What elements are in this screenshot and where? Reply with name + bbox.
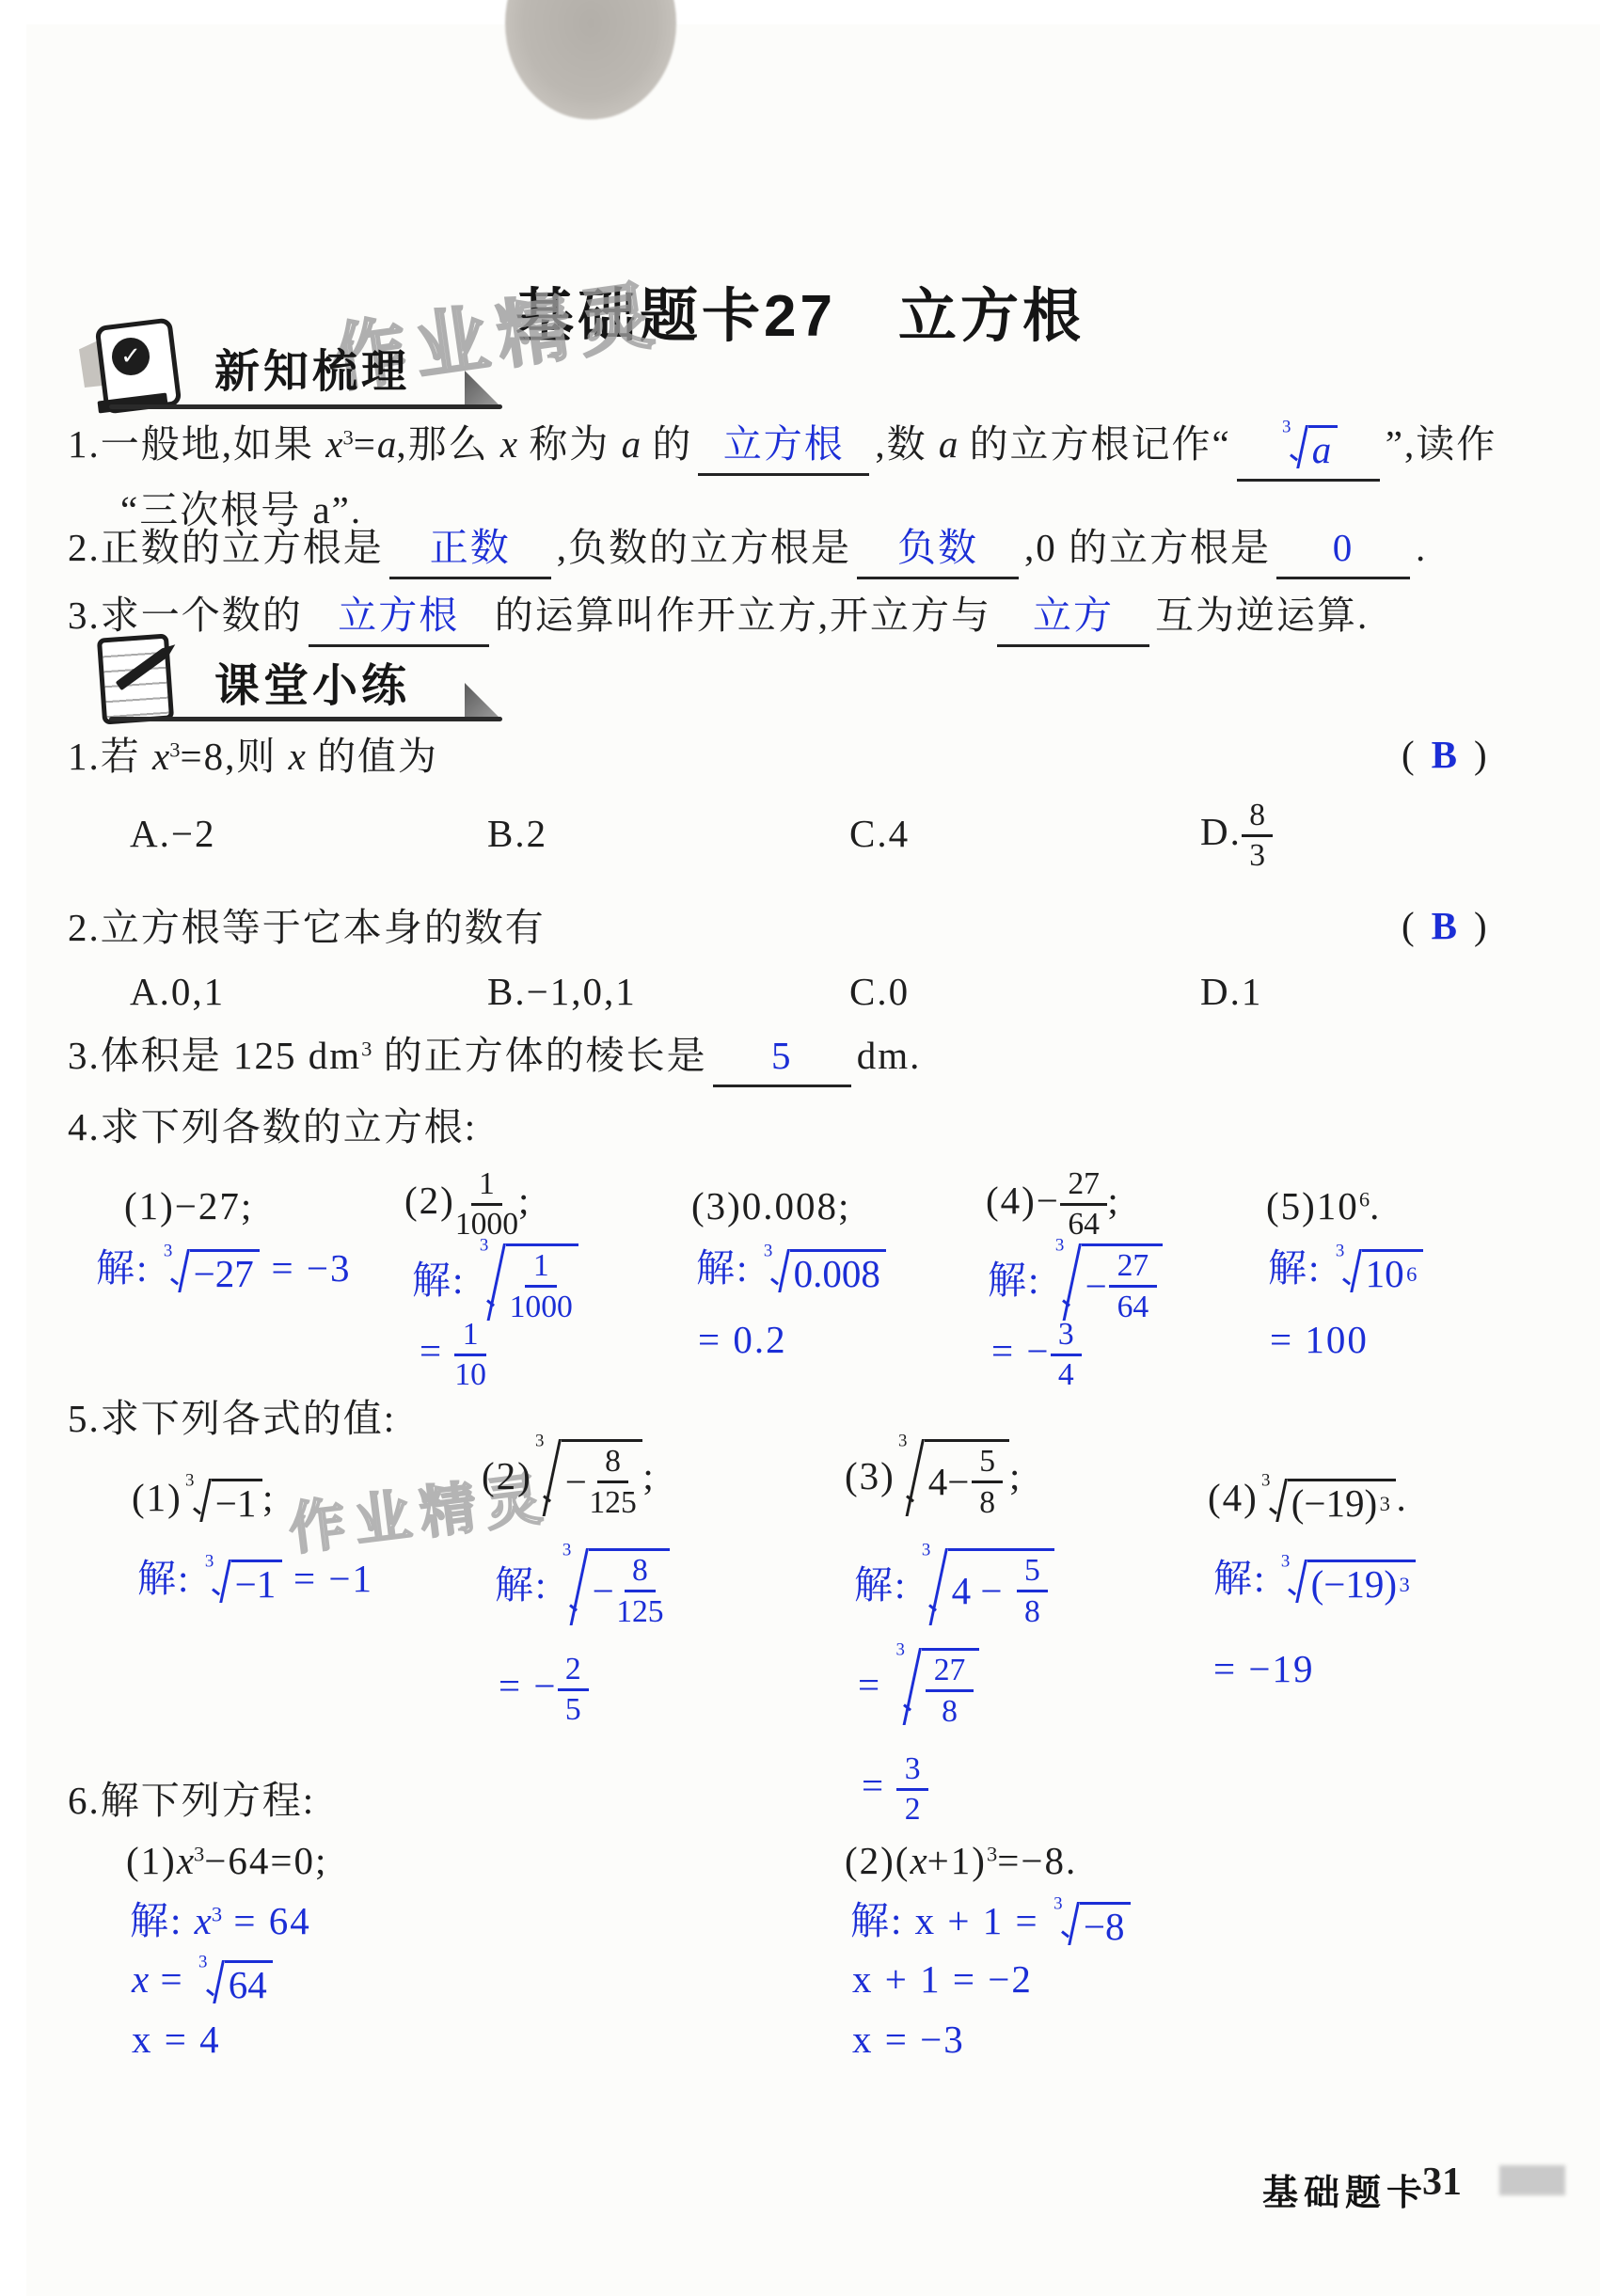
denominator: 125 xyxy=(616,1592,663,1629)
q4-solution-2-result: = 110 xyxy=(420,1317,486,1393)
cube-root: 3(−19)3 xyxy=(1259,1479,1397,1525)
q2-option-d: D.1 xyxy=(1200,969,1262,1014)
answer-blank: 负数 xyxy=(857,527,1019,579)
jie-label: 解: xyxy=(130,1899,182,1942)
text: 的立方根记作“ xyxy=(958,422,1230,466)
cube-root: 30.008 xyxy=(761,1249,887,1295)
q1-option-d: D.83 xyxy=(1200,798,1273,874)
fraction: 110 xyxy=(454,1317,486,1393)
q4-solution-5: 解: 3106 xyxy=(1268,1243,1423,1295)
question-5-stem: 5.求下列各式的值: xyxy=(68,1394,396,1444)
text: ; xyxy=(1009,1454,1022,1497)
cube-root: 3106 xyxy=(1333,1249,1423,1295)
numerator: 3 xyxy=(1051,1317,1083,1356)
fraction: 32 xyxy=(896,1751,928,1828)
radical-icon xyxy=(1062,1243,1082,1325)
numerator: 5 xyxy=(1017,1553,1049,1592)
label: (1) xyxy=(126,1839,177,1882)
q4-problem-1: (1)−27; xyxy=(124,1181,253,1231)
q5-solution-2-result: = −25 xyxy=(499,1652,589,1728)
text: ,那么 xyxy=(396,422,500,466)
paren: ( xyxy=(1402,904,1415,947)
jie-label: 解: xyxy=(988,1259,1040,1302)
text: 4 − xyxy=(952,1571,1003,1611)
numerator: 1 xyxy=(525,1248,557,1288)
cube-root: 364 xyxy=(196,1960,274,2006)
q4-solution-3-result: = 0.2 xyxy=(698,1315,787,1365)
q4-solution-1: 解: 3−27 = −3 xyxy=(96,1243,352,1295)
text: x + 1 = xyxy=(915,1899,1051,1942)
label: (4) xyxy=(1208,1476,1259,1519)
q5-solution-3-result: = 32 xyxy=(862,1751,928,1828)
radicand: 4 − 58 xyxy=(948,1548,1054,1630)
q5-solution-3: 解: 34 − 58 xyxy=(854,1548,1054,1630)
numerator: 27 xyxy=(1060,1166,1107,1206)
cube-root: 3−1 xyxy=(202,1560,282,1606)
denominator: 10 xyxy=(454,1356,486,1393)
radical-icon xyxy=(1060,1902,1080,1948)
q5-solution-4-result: = −19 xyxy=(1213,1644,1315,1694)
var-x: x xyxy=(500,422,517,466)
text: 互为逆运算. xyxy=(1155,594,1369,637)
notebook-check-icon: ✓ xyxy=(88,322,188,412)
q2-option-a: A.0,1 xyxy=(130,969,225,1014)
base: (−19) xyxy=(1291,1483,1377,1524)
base: 10 xyxy=(1366,1254,1404,1294)
radicand: a xyxy=(1308,425,1338,471)
exponent: 3 xyxy=(987,1842,997,1865)
text: 3.体积是 125 dm xyxy=(68,1034,361,1077)
jie-label: 解: xyxy=(96,1246,149,1290)
label: (2) xyxy=(482,1454,532,1497)
exponent: 3 xyxy=(169,737,180,761)
q5-solution-4: 解: 3(−19)3 xyxy=(1213,1554,1416,1606)
cube-root: 34−58 xyxy=(895,1439,1009,1521)
jie-label: 解: xyxy=(495,1563,547,1607)
q1-option-b: B.2 xyxy=(487,811,547,856)
radical-icon xyxy=(903,1648,923,1730)
base: (−19) xyxy=(1311,1564,1397,1605)
text: 3.求一个数的 xyxy=(68,594,303,637)
text: =−8. xyxy=(997,1839,1077,1882)
radicand: −1 xyxy=(212,1479,262,1525)
label: (5)10 xyxy=(1266,1184,1359,1227)
radical-icon xyxy=(569,1548,589,1630)
denominator: 125 xyxy=(589,1483,636,1520)
result: = −3 xyxy=(272,1246,352,1290)
answer-blank: 立方根 xyxy=(698,423,869,476)
radicand: 278 xyxy=(922,1648,979,1730)
answer-blank: 立方根 xyxy=(309,594,489,647)
radicand: (−19)3 xyxy=(1288,1479,1397,1525)
radicand: −8125 xyxy=(589,1548,671,1630)
q4-solution-5-result: = 100 xyxy=(1270,1315,1369,1365)
radical-icon xyxy=(1268,1479,1288,1525)
knowledge-item-3: 3.求一个数的立方根的运算叫作开立方,开立方与立方互为逆运算. xyxy=(68,591,1369,647)
q5-problem-4: (4)3(−19)3. xyxy=(1208,1473,1408,1525)
text: −64=0; xyxy=(204,1839,327,1882)
text: ; xyxy=(262,1476,275,1519)
q6-solution-2-line2: x + 1 = −2 xyxy=(852,1955,1033,2004)
radicand: −8125 xyxy=(562,1439,643,1521)
text: +1) xyxy=(927,1839,987,1882)
text: 的运算叫作开立方,开立方与 xyxy=(495,594,991,637)
q4-solution-4-result: = −34 xyxy=(991,1317,1082,1393)
q4-problem-5: (5)106. xyxy=(1266,1181,1381,1231)
binder-hole-shadow xyxy=(505,0,676,119)
fraction: 83 xyxy=(1242,798,1274,874)
equals: = − xyxy=(991,1329,1051,1372)
numerator: 27 xyxy=(926,1653,973,1692)
equals: = xyxy=(858,1663,881,1706)
radicand: 11000 xyxy=(506,1243,579,1325)
jie-label: 解: xyxy=(1268,1246,1321,1290)
radicand: −8 xyxy=(1080,1902,1131,1948)
question-1-stem: 1.若 x3=8,则 x 的值为 xyxy=(68,732,438,782)
knowledge-item-1: 1.一般地,如果 x3=a,那么 x 称为 a 的立方根,数 a 的立方根记作“… xyxy=(68,420,1497,482)
workbook-page: 基础题卡27 立方根 作业精灵 ✓ 新知梳理 1.一般地,如果 x3=a,那么 … xyxy=(0,0,1600,2296)
numerator: 8 xyxy=(1242,798,1274,837)
cube-root: 3−8 xyxy=(1051,1902,1131,1948)
radicand: 4−58 xyxy=(925,1439,1009,1521)
exponent: 3 xyxy=(212,1902,222,1925)
q1-option-a: A.−2 xyxy=(130,811,215,856)
heading-underline xyxy=(109,717,502,721)
text: 的值为 xyxy=(306,735,438,778)
q5-problem-1: (1)3−1; xyxy=(132,1473,275,1525)
paren: ) xyxy=(1474,904,1487,947)
label: (2) xyxy=(404,1179,455,1222)
q4-problem-3: (3)0.008; xyxy=(691,1181,850,1231)
text: =8,则 xyxy=(180,735,288,778)
text: 1.若 xyxy=(68,735,152,778)
radical-icon xyxy=(212,1560,231,1606)
result: = −1 xyxy=(293,1557,373,1600)
sign: − xyxy=(593,1571,614,1611)
radicand: −2764 xyxy=(1082,1243,1164,1325)
q1-option-c: C.4 xyxy=(849,811,910,856)
radicand: −1 xyxy=(231,1560,282,1606)
text: . xyxy=(1396,1476,1407,1519)
jie-label: 解: xyxy=(1213,1557,1266,1600)
radicand: 64 xyxy=(225,1960,274,2006)
cube-root: 3−8125 xyxy=(560,1548,671,1630)
radicand: −27 xyxy=(190,1249,261,1295)
q6-solution-2-line3: x = −3 xyxy=(852,2015,965,2065)
jie-label: 解: xyxy=(850,1899,903,1942)
radical-icon xyxy=(192,1479,212,1525)
denominator: 1000 xyxy=(510,1288,573,1324)
q6-problem-1: (1)x3−64=0; xyxy=(126,1836,327,1886)
fraction: 8125 xyxy=(616,1553,663,1629)
jie-label: 解: xyxy=(412,1259,465,1302)
label: (4)− xyxy=(986,1179,1060,1222)
question-4-stem: 4.求下列各数的立方根: xyxy=(68,1102,477,1152)
radical-icon xyxy=(170,1249,190,1295)
sign: − xyxy=(1085,1266,1107,1306)
answer-blank: 立方 xyxy=(997,594,1149,647)
numerator: 5 xyxy=(972,1444,1004,1483)
q4-solution-2: 解: 311000 xyxy=(412,1243,578,1325)
numerator: 27 xyxy=(1109,1248,1156,1288)
answer-letter: B xyxy=(1432,904,1457,947)
fraction: 11000 xyxy=(510,1248,573,1324)
jie-label: 解: xyxy=(137,1557,190,1600)
cube-root: 3(−19)3 xyxy=(1278,1560,1417,1606)
flag-triangle-icon xyxy=(465,683,499,717)
radicand: 0.008 xyxy=(790,1249,887,1295)
exponent: 3 xyxy=(194,1842,204,1865)
text: 的 xyxy=(641,422,692,466)
radical-icon xyxy=(905,1439,925,1521)
q4-problem-2: (2)11000; xyxy=(404,1166,531,1243)
exponent: 6 xyxy=(1359,1187,1370,1211)
q6-solution-2-line1: 解: x + 1 = 3−8 xyxy=(850,1896,1131,1948)
cube-root: 3−8125 xyxy=(532,1439,643,1521)
cube-root: 3−1 xyxy=(182,1479,262,1525)
question-2-stem: 2.立方根等于它本身的数有 xyxy=(68,903,546,953)
exponent: 3 xyxy=(1400,1574,1410,1596)
icon-circle: ✓ xyxy=(112,338,150,375)
knowledge-item-2: 2.正数的立方根是正数,负数的立方根是负数,0 的立方根是0. xyxy=(68,523,1427,579)
denominator: 4 xyxy=(1058,1356,1074,1393)
numerator: 1 xyxy=(471,1166,503,1206)
footer-page-number: 31 xyxy=(1422,2160,1462,2205)
exponent: 6 xyxy=(1406,1263,1417,1286)
var-x: x xyxy=(289,735,306,778)
label: (2)( xyxy=(845,1839,910,1882)
numerator: 8 xyxy=(625,1553,657,1592)
var-x: x xyxy=(152,735,169,778)
text: ,数 xyxy=(875,422,939,466)
text: ,负数的立方根是 xyxy=(557,526,851,569)
question-2-answer: (B) xyxy=(1402,903,1487,948)
text: 1.一般地,如果 xyxy=(68,422,325,466)
footer-gray-block xyxy=(1499,2165,1565,2195)
answer-blank: 正数 xyxy=(389,527,551,579)
equals: = xyxy=(862,1764,885,1807)
notepad-pencil-icon xyxy=(88,632,188,722)
fraction: 25 xyxy=(558,1652,590,1728)
denominator: 64 xyxy=(1117,1288,1149,1324)
var-a: a xyxy=(939,422,958,466)
var-x: x xyxy=(195,1899,212,1942)
radical-icon xyxy=(770,1249,790,1295)
radical-icon xyxy=(1342,1249,1362,1295)
question-3: 3.体积是 125 dm3 的正方体的棱长是5dm. xyxy=(68,1031,921,1087)
paren: ( xyxy=(1402,733,1415,776)
q2-option-c: C.0 xyxy=(849,969,910,1014)
q5-solution-1: 解: 3−1 = −1 xyxy=(137,1554,373,1606)
q4-problem-4: (4)−2764; xyxy=(986,1166,1120,1243)
question-1-answer: (B) xyxy=(1402,732,1487,777)
q4-solution-3: 解: 30.008 xyxy=(696,1243,886,1295)
section-heading-xinzhi: 新知梳理 xyxy=(214,335,410,400)
q6-solution-1-line1: 解: x3 = 64 xyxy=(130,1896,311,1946)
q6-problem-2: (2)(x+1)3=−8. xyxy=(845,1836,1077,1886)
var-x: x xyxy=(325,422,342,466)
denominator: 64 xyxy=(1068,1206,1100,1243)
footer-label: 基础题卡 xyxy=(1262,2163,1428,2215)
denominator: 8 xyxy=(942,1692,958,1729)
text: ”,读作 xyxy=(1386,422,1497,466)
cube-root: 3−2764 xyxy=(1053,1243,1163,1325)
q5-problem-2: (2)3−8125; xyxy=(482,1439,656,1521)
q5-solution-2: 解: 3−8125 xyxy=(495,1548,670,1630)
answer-blank: 5 xyxy=(713,1035,851,1087)
heading-underline xyxy=(109,404,502,409)
exponent: 3 xyxy=(361,1037,372,1060)
option-label: D. xyxy=(1200,810,1242,853)
equals: = − xyxy=(499,1664,558,1707)
text: . xyxy=(1370,1184,1381,1227)
text: ; xyxy=(1107,1179,1119,1222)
var-a: a xyxy=(622,422,642,466)
fraction: 8125 xyxy=(589,1444,636,1520)
text: ; xyxy=(518,1179,531,1222)
fraction: 278 xyxy=(926,1653,973,1729)
denominator: 2 xyxy=(905,1791,921,1828)
q5-problem-3: (3)34−58; xyxy=(845,1439,1022,1521)
fraction: 11000 xyxy=(455,1166,518,1243)
q5-solution-3-step2: = 3278 xyxy=(858,1648,979,1730)
page-top-margin xyxy=(0,0,1600,24)
fraction: 58 xyxy=(972,1444,1004,1520)
cube-root: 3278 xyxy=(893,1648,979,1730)
text: 称为 xyxy=(517,422,622,466)
jie-label: 解: xyxy=(696,1246,749,1290)
denominator: 8 xyxy=(1024,1592,1040,1629)
equals: = xyxy=(149,1957,196,2001)
fraction: 34 xyxy=(1051,1317,1083,1393)
radical-icon xyxy=(928,1548,948,1630)
fraction: 2764 xyxy=(1109,1248,1156,1324)
text: ; xyxy=(642,1454,655,1497)
var-a: a xyxy=(377,422,397,466)
radical-icon xyxy=(486,1243,506,1325)
var-x: x xyxy=(177,1839,194,1882)
numerator: 8 xyxy=(597,1444,629,1483)
fraction: 2764 xyxy=(1060,1166,1107,1243)
numerator: 3 xyxy=(896,1751,928,1791)
denominator: 3 xyxy=(1249,837,1265,874)
text: = xyxy=(354,422,377,466)
text: ,0 的立方根是 xyxy=(1024,526,1271,569)
var-x: x xyxy=(910,1839,927,1882)
text: 4− xyxy=(928,1462,970,1502)
denominator: 8 xyxy=(979,1483,995,1520)
q4-solution-4: 解: 3−2764 xyxy=(988,1243,1163,1325)
equals: = xyxy=(420,1329,443,1372)
radical-icon xyxy=(205,1960,225,2006)
jie-label: 解: xyxy=(854,1563,907,1607)
radical-icon xyxy=(1288,1560,1307,1606)
label: (3) xyxy=(845,1454,895,1497)
text: 2.正数的立方根是 xyxy=(68,526,384,569)
answer-letter: B xyxy=(1432,733,1457,776)
denominator: 5 xyxy=(565,1691,581,1728)
q2-option-b: B.−1,0,1 xyxy=(487,969,637,1014)
cube-root: 3−27 xyxy=(161,1249,261,1295)
numerator: 1 xyxy=(454,1317,486,1356)
sign: − xyxy=(565,1462,587,1502)
cube-root: 311000 xyxy=(477,1243,579,1325)
var-x: x xyxy=(132,1957,149,2001)
q6-solution-1-line3: x = 4 xyxy=(132,2015,221,2065)
cube-root: 3a xyxy=(1279,425,1338,471)
answer-blank: 0 xyxy=(1276,527,1410,579)
text: . xyxy=(1416,526,1427,569)
question-6-stem: 6.解下列方程: xyxy=(68,1776,315,1826)
exponent: 3 xyxy=(342,425,353,449)
section-heading-ketang: 课堂小练 xyxy=(214,649,410,714)
q6-solution-1-line2: x = 364 xyxy=(132,1955,273,2006)
radical-icon xyxy=(542,1439,562,1521)
fraction: 58 xyxy=(1017,1553,1049,1629)
radicand: (−19)3 xyxy=(1307,1560,1417,1606)
numerator: 2 xyxy=(558,1652,590,1691)
radicand: 106 xyxy=(1362,1249,1423,1295)
cube-root: 34 − 58 xyxy=(919,1548,1054,1630)
text: dm. xyxy=(857,1034,922,1077)
exponent: 3 xyxy=(1380,1493,1390,1515)
radical-icon xyxy=(1289,425,1308,471)
text: 的正方体的棱长是 xyxy=(372,1034,706,1077)
label: (1) xyxy=(132,1476,182,1519)
paren: ) xyxy=(1474,733,1487,776)
text: = 64 xyxy=(222,1899,311,1942)
answer-blank-root: 3a xyxy=(1237,423,1380,482)
check-icon: ✓ xyxy=(120,342,141,371)
